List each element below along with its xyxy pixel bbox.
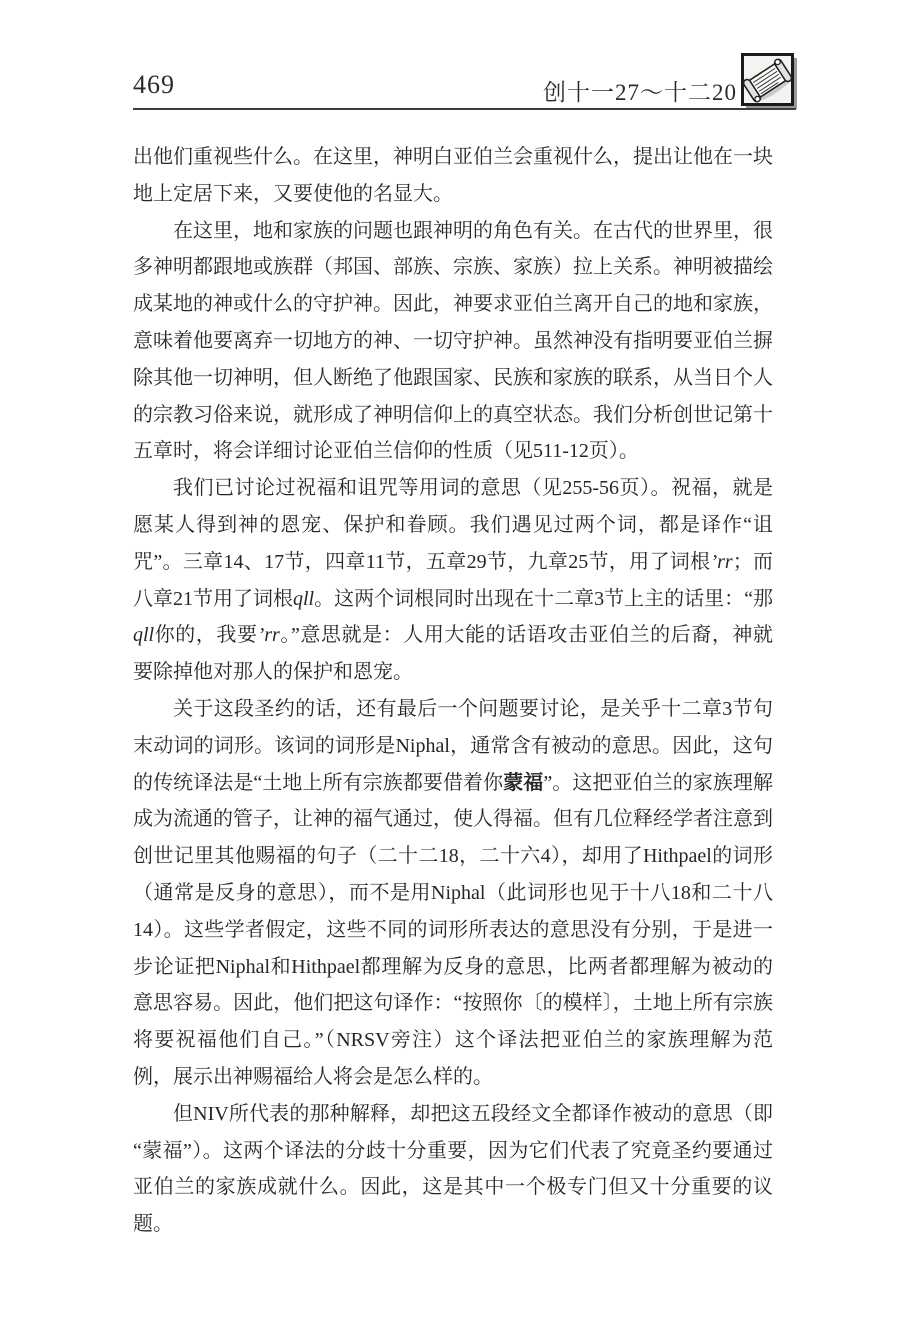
- scroll-icon: [741, 53, 799, 113]
- paragraph: 但NIV所代表的那种解释，却把这五段经文全都译作被动的意思（即“蒙福”）。这两个…: [133, 1096, 773, 1243]
- text-run: ”。这把亚伯兰的家族理解成为流通的管子，让神的福气通过，使人得福。但有几位释经学…: [133, 772, 773, 1088]
- text-run: 但NIV所代表的那种解释，却把这五段经文全都译作被动的意思（即“蒙福”）。这两个…: [133, 1103, 773, 1235]
- transliteration-italic: ’rr: [258, 624, 280, 646]
- paragraph: 在这里，地和家族的问题也跟神明的角色有关。在古代的世界里，很多神明都跟地或族群（…: [133, 213, 773, 471]
- header-rule: [133, 108, 796, 110]
- transliteration-italic: ’rr: [710, 551, 732, 573]
- paragraph: 出他们重视些什么。在这里，神明白亚伯兰会重视什么，提出让他在一块地上定居下来，又…: [133, 139, 773, 213]
- emphasis-bold: 蒙福: [503, 772, 543, 794]
- paragraph: 我们已讨论过祝福和诅咒等用词的意思（见255-56页）。祝福，就是愿某人得到神的…: [133, 470, 773, 691]
- text-run: 我们已讨论过祝福和诅咒等用词的意思（见255-56页）。祝福，就是愿某人得到神的…: [133, 477, 773, 573]
- text-run: 在这里，地和家族的问题也跟神明的角色有关。在古代的世界里，很多神明都跟地或族群（…: [133, 220, 773, 463]
- book-page: 469 创十一27～十二20: [0, 0, 900, 1321]
- page-body: 出他们重视些什么。在这里，神明白亚伯兰会重视什么，提出让他在一块地上定居下来，又…: [133, 139, 773, 1243]
- text-run: 你的，我要: [154, 624, 257, 646]
- transliteration-italic: qll: [293, 588, 314, 610]
- text-run: 出他们重视些什么。在这里，神明白亚伯兰会重视什么，提出让他在一块地上定居下来，又…: [133, 146, 773, 205]
- transliteration-italic: qll: [133, 624, 154, 646]
- section-reference: 创十一27～十二20: [0, 74, 737, 107]
- paragraph: 关于这段圣约的话，还有最后一个问题要讨论，是关乎十二章3节句末动词的词形。该词的…: [133, 691, 773, 1096]
- text-run: 。这两个词根同时出现在十二章3节上主的话里：“那: [314, 588, 773, 610]
